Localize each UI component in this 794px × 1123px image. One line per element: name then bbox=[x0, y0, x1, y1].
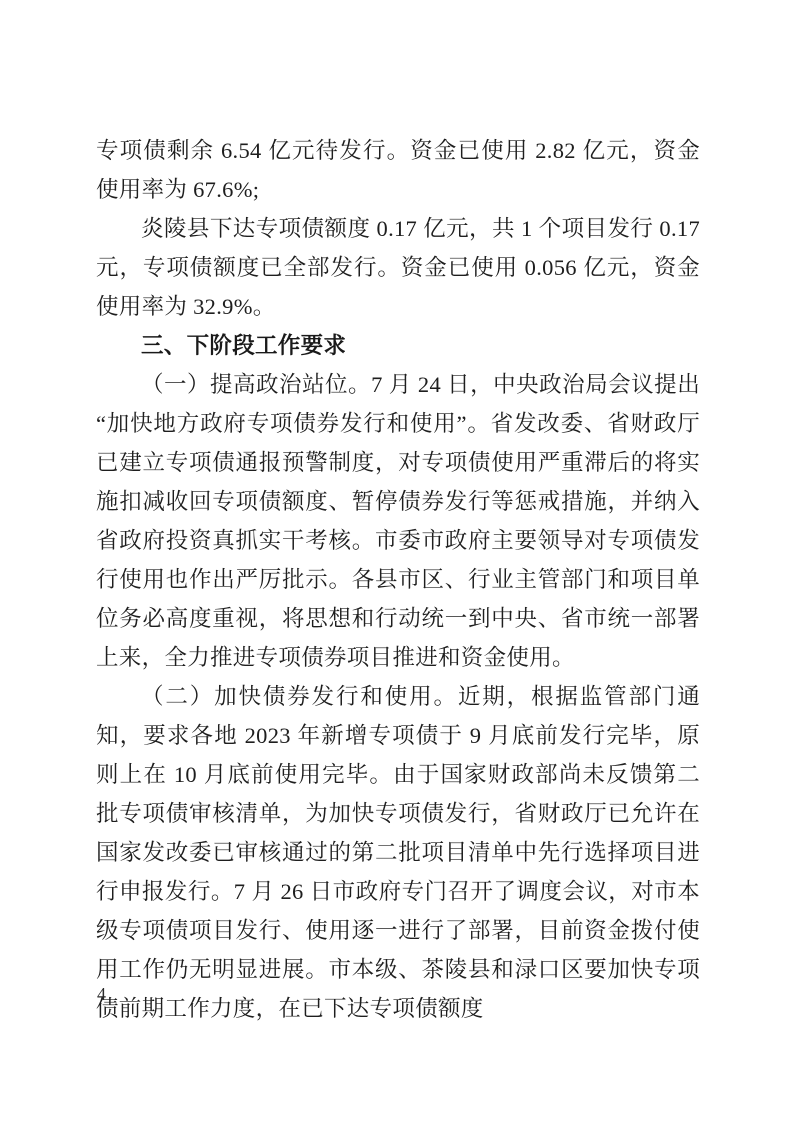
paragraph-item-1-lead: （一）提高政治站位。 bbox=[141, 372, 371, 397]
paragraph-item-2-lead: （二）加快债券发行和使用。 bbox=[141, 684, 458, 709]
page-content: 专项债剩余 6.54 亿元待发行。资金已使用 2.82 亿元，资金使用率为 67… bbox=[96, 131, 700, 1028]
paragraph-continuation: 专项债剩余 6.54 亿元待发行。资金已使用 2.82 亿元，资金使用率为 67… bbox=[96, 131, 700, 209]
section-heading-next-stage-requirements: 三、下阶段工作要求 bbox=[96, 326, 700, 365]
paragraph-item-1: （一）提高政治站位。7 月 24 日，中央政治局会议提出“加快地方政府专项债券发… bbox=[96, 365, 700, 677]
paragraph-item-1-text: 7 月 24 日，中央政治局会议提出“加快地方政府专项债券发行和使用”。省发改委… bbox=[96, 372, 700, 670]
paragraph-item-2: （二）加快债券发行和使用。近期，根据监管部门通知，要求各地 2023 年新增专项… bbox=[96, 677, 700, 1028]
page-number: 4 bbox=[97, 982, 106, 1006]
document-page: 专项债剩余 6.54 亿元待发行。资金已使用 2.82 亿元，资金使用率为 67… bbox=[0, 0, 794, 1123]
paragraph-item-2-text: 近期，根据监管部门通知，要求各地 2023 年新增专项债于 9 月底前发行完毕，… bbox=[96, 684, 700, 1021]
paragraph-yanling-county: 炎陵县下达专项债额度 0.17 亿元，共 1 个项目发行 0.17 元，专项债额… bbox=[96, 209, 700, 326]
